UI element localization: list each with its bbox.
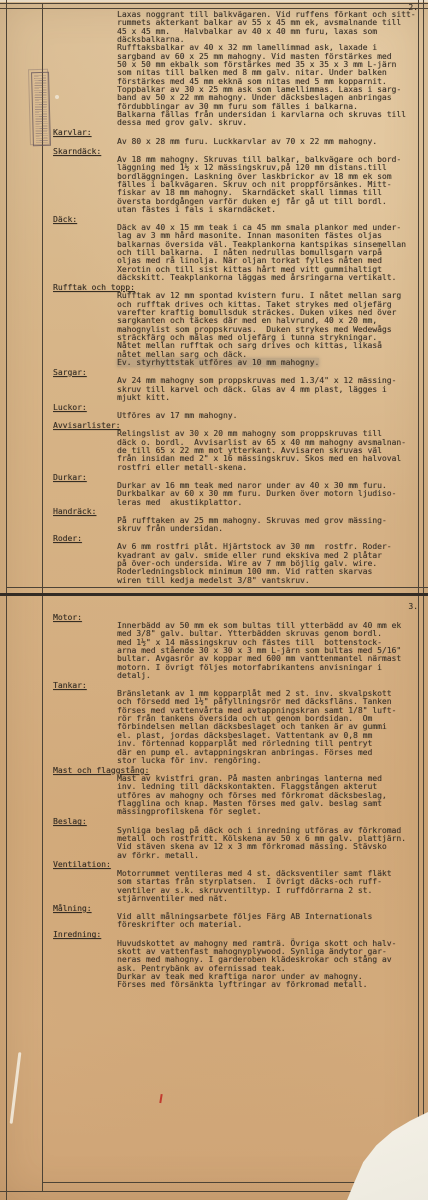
section-text: Vid allt målningsarbete följes Färg AB I… xyxy=(117,905,423,930)
section-label: Mast och flaggstång: xyxy=(53,767,149,775)
section-text: Av 6 mm rostfri plåt. Hjärtstock av 30 m… xyxy=(117,535,423,585)
section-text: Av 18 mm mahogny. Skruvas till balkar, b… xyxy=(117,148,423,215)
section-label: Skarndäck: xyxy=(53,148,101,156)
section-text: Däck av 40 x 15 mm teak i ca 45 mm smala… xyxy=(117,216,423,283)
section-text: Utföres av 17 mm mahogny. xyxy=(117,404,423,421)
section-label: Roder: xyxy=(53,535,82,543)
spec-section: Inredning: Huvudskottet av mahogny med r… xyxy=(0,931,428,989)
page-3: 3. Motor: Innerbädd av 50 mm ek som bult… xyxy=(0,599,428,1200)
section-text: Av 80 x 28 mm furu. Luckkarvlar av 70 x … xyxy=(117,129,423,146)
section-label: Avvisarlister: xyxy=(53,422,120,430)
section-label: Ventilation: xyxy=(53,861,111,869)
spec-section: Målning: Vid allt målningsarbete följes … xyxy=(0,905,428,930)
section-text: Bränsletank av 1 mm kopparplåt med 2 st.… xyxy=(117,682,423,765)
spec-section: Motor: Innerbädd av 50 mm ek som bultas … xyxy=(0,614,428,681)
page-separator-band xyxy=(0,593,428,596)
section-text: Mast av kvistfri gran. På masten anbring… xyxy=(117,767,423,817)
section-text: Huvudskottet av mahogny med ramträ. Övri… xyxy=(117,931,423,989)
scanned-document: 2. Laxas noggrant till balkvägaren. Vid … xyxy=(0,0,428,1200)
spec-section: Roder: Av 6 mm rostfri plåt. Hjärtstock … xyxy=(0,535,428,585)
section-text: Motorrummet ventileras med 4 st. däcksve… xyxy=(117,861,423,903)
spec-section: Tankar: Bränsletank av 1 mm kopparplåt m… xyxy=(0,682,428,765)
spec-section: Skarndäck: Av 18 mm mahogny. Skruvas til… xyxy=(0,148,428,215)
section-label: Rufftak och topp: xyxy=(53,284,135,292)
sections-page-3: Motor: Innerbädd av 50 mm ek som bultas … xyxy=(0,614,428,990)
section-label: Målning: xyxy=(53,905,92,913)
section-text: På rufftaken av 25 mm mahogny. Skruvas m… xyxy=(117,508,423,533)
section-label: Durkar: xyxy=(53,474,87,482)
spec-section: Rufftak och topp: Rufftak av 12 mm spont… xyxy=(0,284,428,367)
paper-fleck xyxy=(55,95,59,99)
smudged-line: Ev. styrhyttstak utföres av 10 mm mahogn… xyxy=(117,358,319,367)
section-label: Tankar: xyxy=(53,682,87,690)
spec-section: Beslag: Synliga beslag på däck och i inr… xyxy=(0,818,428,860)
section-label: Motor: xyxy=(53,614,82,622)
section-text: Durkar av 16 mm teak med naror under av … xyxy=(117,474,423,507)
page-2: 2. Laxas noggrant till balkvägaren. Vid … xyxy=(0,0,428,588)
spec-section: Durkar: Durkar av 16 mm teak med naror u… xyxy=(0,474,428,507)
spec-section: Däck: Däck av 40 x 15 mm teak i ca 45 mm… xyxy=(0,216,428,283)
sections-page-2: Karvlar: Av 80 x 28 mm furu. Luckkarvlar… xyxy=(0,129,428,585)
spec-section: Ventilation: Motorrummet ventileras med … xyxy=(0,861,428,903)
section-text: Av 24 mm mahogny som proppskruvas med 1.… xyxy=(117,369,423,402)
section-label: Handräck: xyxy=(53,508,96,516)
section-label: Sargar: xyxy=(53,369,87,377)
section-text: Relingslist av 30 x 20 mm mahogny som pr… xyxy=(117,422,423,472)
section-label: Beslag: xyxy=(53,818,87,826)
section-label: Däck: xyxy=(53,216,77,224)
section-text: Innerbädd av 50 mm ek som bultas till yt… xyxy=(117,614,423,681)
section-label: Inredning: xyxy=(53,931,101,939)
spec-section: Mast och flaggstång: Mast av kvistfri gr… xyxy=(0,767,428,817)
spec-section: Avvisarlister: Relingslist av 30 x 20 mm… xyxy=(0,422,428,472)
section-label: Karvlar: xyxy=(53,129,92,137)
section-label: Luckor: xyxy=(53,404,87,412)
section-text: Synliga beslag på däck och i inredning u… xyxy=(117,818,423,860)
spec-section: Handräck: På rufftaken av 25 mm mahogny.… xyxy=(0,508,428,533)
section-text: Rufftak av 12 mm spontad kvistern furu. … xyxy=(117,284,423,367)
intro-paragraph: Laxas noggrant till balkvägaren. Vid ruf… xyxy=(117,11,423,128)
spec-section: Sargar: Av 24 mm mahogny som proppskruva… xyxy=(0,369,428,402)
spec-section: Karvlar: Av 80 x 28 mm furu. Luckkarvlar… xyxy=(0,129,428,146)
spec-section: Luckor: Utföres av 17 mm mahogny. xyxy=(0,404,428,421)
